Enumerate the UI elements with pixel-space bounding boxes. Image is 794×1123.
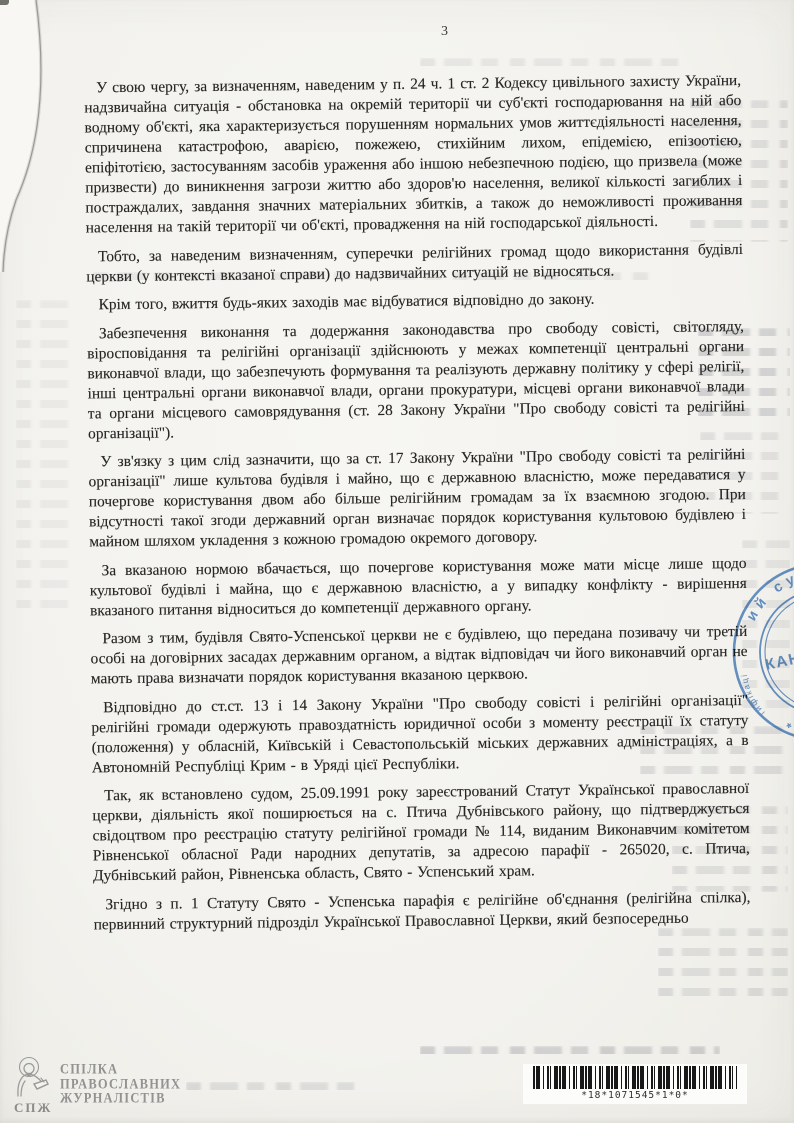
svg-text:тифікаці: тифікаці: [738, 670, 768, 721]
stamp-arc-left-text: тифікаці: [738, 670, 768, 721]
bleed-through: [658, 928, 788, 1006]
body-paragraph: Згідно з п. 1 Статуту Свято - Успенська …: [93, 887, 750, 934]
body-paragraph: Разом з тим, будівля Свято-Успенської це…: [90, 622, 748, 689]
body-paragraph: Так, як встановлено судом, 25.09.1991 ро…: [92, 779, 750, 886]
page-number: 3: [0, 24, 794, 40]
body-paragraph: Крім того, вжиття будь-яких заходів має …: [87, 288, 744, 315]
bleed-through: [420, 58, 680, 70]
document-body: У свою чергу, за визначенням, наведеним …: [84, 71, 751, 943]
stamp-center-text: КАНЦЕЛЯРІЯ: [764, 633, 794, 674]
scan-artifact: [0, 0, 9, 5]
corner-fold: [0, 0, 70, 280]
body-paragraph: У свою чергу, за визначенням, наведеним …: [84, 71, 743, 238]
court-stamp: ий суд тифікаці КАНЦЕЛЯРІЯ * У: [722, 552, 794, 752]
barcode-text: *18*1071545*1*0*: [527, 1090, 743, 1101]
logo-line: ЖУРНАЛІСТІВ: [60, 1090, 181, 1107]
stamp-arc-top-text: ий суд: [737, 566, 794, 626]
body-paragraph: Забезпечення виконання та додержання зак…: [87, 316, 745, 443]
scanned-document-page: 3 У свою чергу, за визначенням, наведени…: [0, 0, 794, 1123]
saint-icon: [8, 1056, 54, 1100]
bleed-through: [16, 300, 70, 610]
svg-text:ий суд: ий суд: [737, 566, 794, 626]
logo-wordmark: СПІЛКА ПРАВОСЛАВНИХ ЖУРНАЛІСТІВ: [60, 1062, 181, 1106]
barcode-bars: [533, 1066, 737, 1089]
bleed-through: [420, 1046, 720, 1058]
logo-abbr: СПЖ: [14, 1100, 52, 1116]
barcode: *18*1071545*1*0*: [523, 1064, 747, 1104]
body-paragraph: У зв'язку з цим слід зазначити, що за ст…: [88, 445, 746, 552]
body-paragraph: За вказаною нормою вбачається, що почерг…: [90, 553, 748, 620]
body-paragraph: Відповідно до ст.ст. 13 і 14 Закону Укра…: [91, 690, 749, 777]
body-paragraph: Тобто, за наведеним визначенням, супереч…: [86, 239, 743, 286]
publisher-logo: СПЖ СПІЛКА ПРАВОСЛАВНИХ ЖУРНАЛІСТІВ: [8, 1056, 238, 1105]
